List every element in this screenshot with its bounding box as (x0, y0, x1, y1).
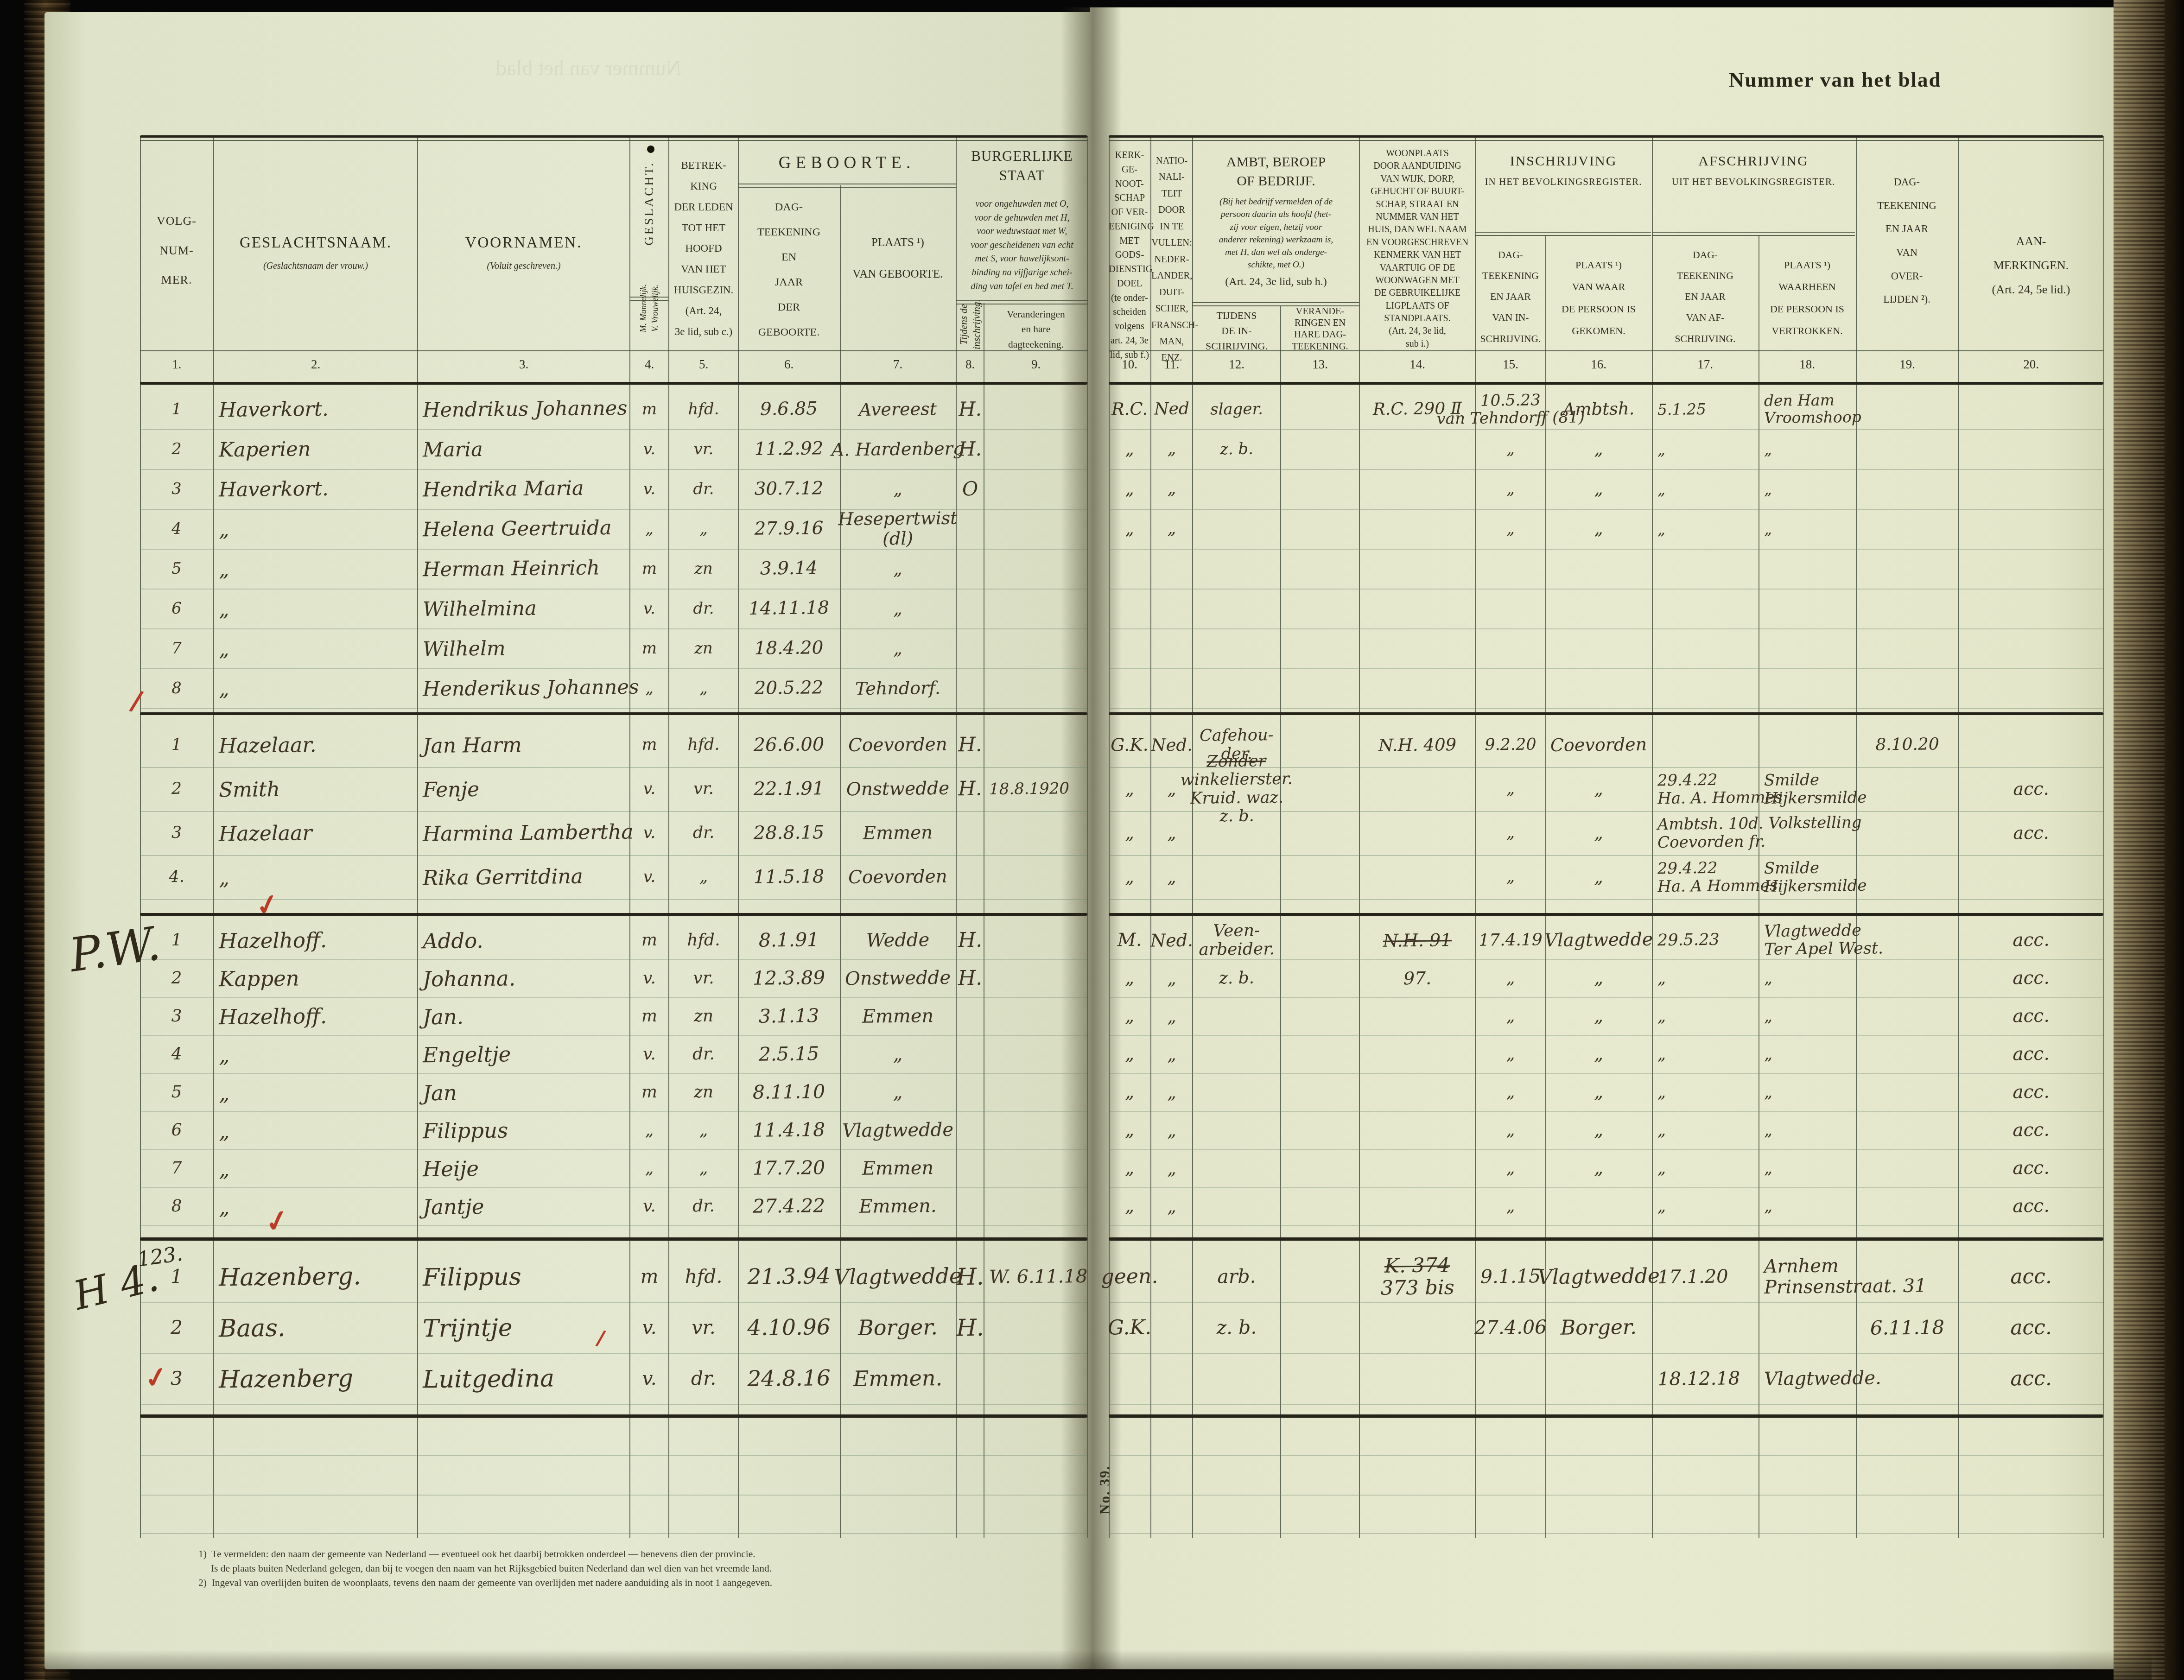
red-check-mark-2: / (128, 684, 145, 717)
annotations-layer: P.W.H 4.123.✓/✓✓/ (0, 0, 2184, 1680)
red-check-mark-4: ✓ (142, 1360, 171, 1396)
margin-annotation-sup-g4: 123. (136, 1242, 184, 1271)
red-check-mark-3: ✓ (262, 1202, 292, 1240)
red-check-mark-5: / (595, 1326, 607, 1350)
margin-annotation-g3: P.W. (66, 916, 164, 983)
red-check-mark-1: ✓ (253, 887, 282, 924)
register-book-scan: Nummer van het blad Nummer van het blad … (0, 0, 2184, 1680)
